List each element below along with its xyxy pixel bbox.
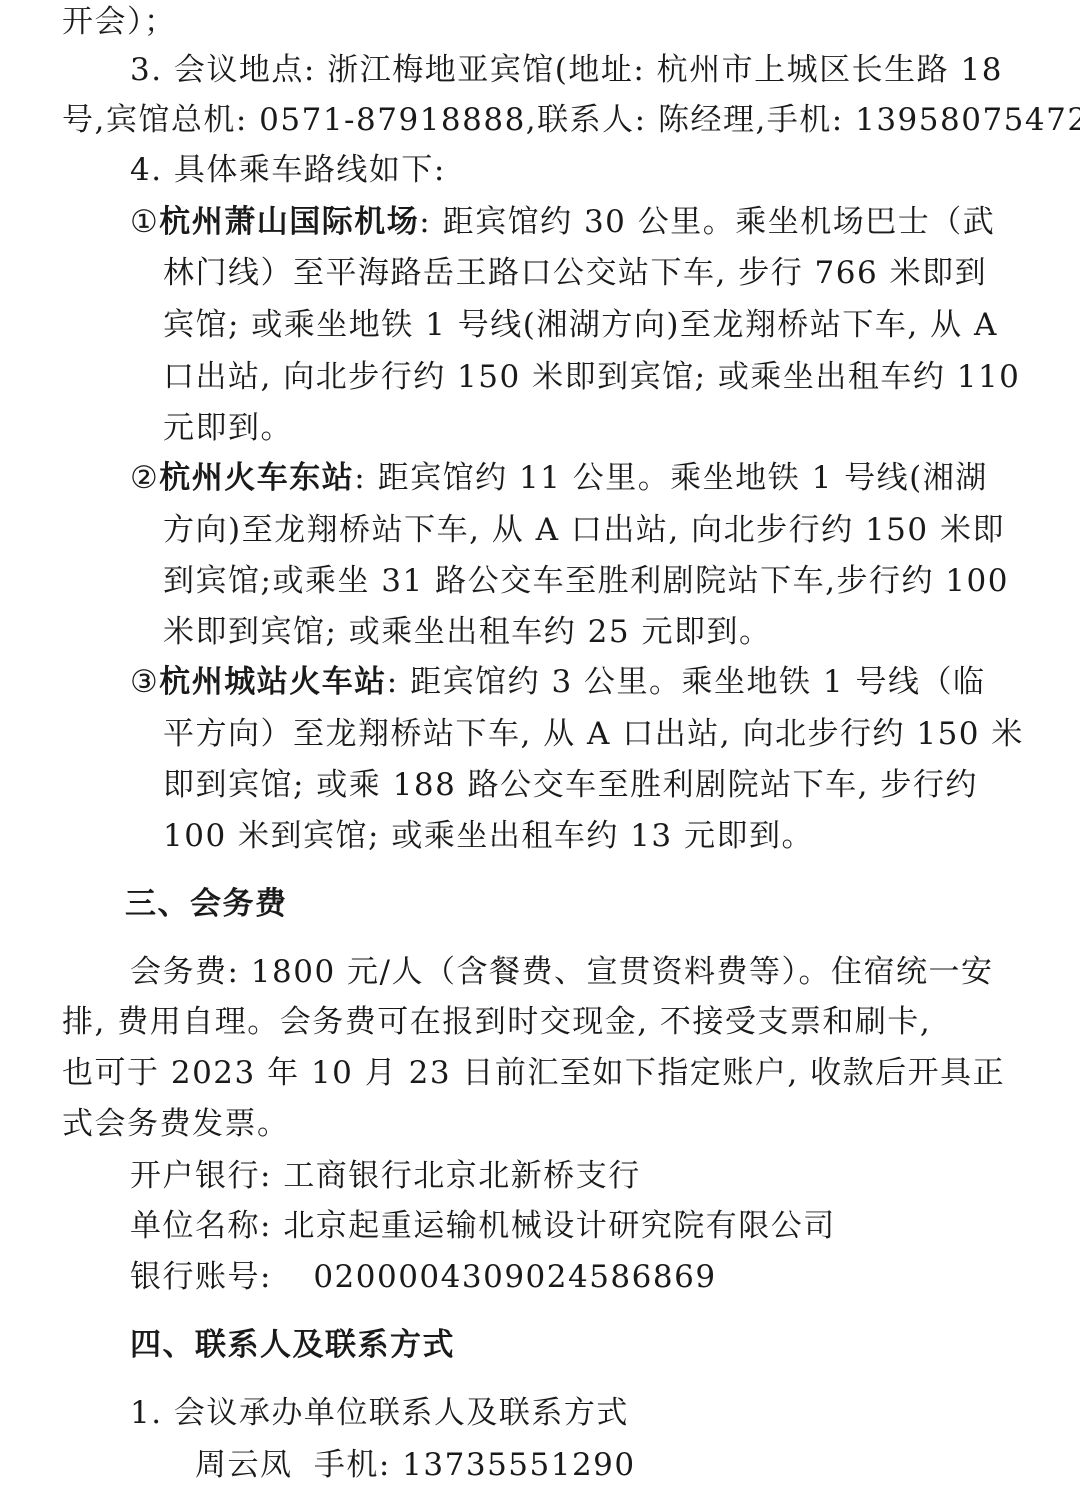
- bank-row: 开户银行: 工商银行北京北新桥支行: [130, 1156, 641, 1196]
- route-text: : 距宾馆约 30 公里。乘坐机场巴士（武: [419, 204, 995, 240]
- fee-para-line: 式会务费发票。: [62, 1104, 290, 1144]
- unit-label: 单位名称:: [130, 1208, 272, 1244]
- route-text: 米即到宾馆; 或乘坐出租车约 25 元即到。: [163, 612, 771, 652]
- contact-row: 周云凤 手机: 13735551290: [195, 1445, 636, 1485]
- route-name: 杭州火车东站: [159, 460, 354, 496]
- route-item: ②杭州火车东站: 距宾馆约 11 公里。乘坐地铁 1 号线(湘湖: [130, 458, 988, 498]
- route-name: 杭州城站火车站: [159, 664, 387, 700]
- fee-para-line: 会务费: 1800 元/人（含餐费、宣贯资料费等）。住宿统一安: [130, 952, 994, 992]
- route-text: 到宾馆;或乘坐 31 路公交车至胜利剧院站下车,步行约 100: [163, 561, 1009, 601]
- route-text: 宾馆; 或乘坐地铁 1 号线(湘湖方向)至龙翔桥站下车, 从 A: [163, 305, 998, 345]
- route-name: 杭州萧山国际机场: [159, 204, 419, 240]
- contact-phone-label: 手机:: [314, 1447, 391, 1483]
- route-marker: ③: [130, 664, 159, 700]
- route-text: : 距宾馆约 11 公里。乘坐地铁 1 号线(湘湖: [354, 460, 987, 496]
- account-row: 银行账号: 0200004309024586869: [130, 1257, 717, 1297]
- route-text: 口出站, 向北步行约 150 米即到宾馆; 或乘坐出租车约 110: [163, 357, 1020, 397]
- fee-para-line: 排, 费用自理。会务费可在报到时交现金, 不接受支票和刷卡,: [62, 1002, 931, 1042]
- fee-para-line: 也可于 2023 年 10 月 23 日前汇至如下指定账户, 收款后开具正: [62, 1053, 1005, 1093]
- unit-value: 北京起重运输机械设计研究院有限公司: [283, 1208, 836, 1244]
- routes-title: 4. 具体乘车路线如下:: [130, 150, 446, 190]
- route-item: ③杭州城站火车站: 距宾馆约 3 公里。乘坐地铁 1 号线（临: [130, 662, 985, 702]
- route-text: 即到宾馆; 或乘 188 路公交车至胜利剧院站下车, 步行约: [163, 765, 978, 805]
- route-text: 平方向）至龙翔桥站下车, 从 A 口出站, 向北步行约 150 米: [163, 714, 1024, 754]
- intro-tail: 开会）；: [62, 2, 177, 42]
- unit-row: 单位名称: 北京起重运输机械设计研究院有限公司: [130, 1206, 836, 1246]
- account-value: 0200004309024586869: [313, 1259, 716, 1295]
- route-text: 林门线）至平海路岳王路口公交站下车, 步行 766 米即到: [163, 253, 987, 293]
- contact-subheading: 1. 会议承办单位联系人及联系方式: [130, 1393, 629, 1433]
- route-text: : 距宾馆约 3 公里。乘坐地铁 1 号线（临: [387, 664, 986, 700]
- contact-phone: 13735551290: [402, 1447, 635, 1483]
- account-label: 银行账号:: [130, 1259, 272, 1295]
- route-text: 元即到。: [163, 408, 293, 448]
- bank-value: 工商银行北京北新桥支行: [283, 1158, 641, 1194]
- route-item: ①杭州萧山国际机场: 距宾馆约 30 公里。乘坐机场巴士（武: [130, 202, 995, 242]
- route-marker: ②: [130, 460, 159, 496]
- route-text: 方向)至龙翔桥站下车, 从 A 口出站, 向北步行约 150 米即: [163, 510, 1005, 550]
- route-marker: ①: [130, 204, 159, 240]
- section-heading-fee: 三、会务费: [125, 884, 288, 924]
- section-heading-contacts: 四、联系人及联系方式: [130, 1325, 455, 1365]
- venue-line-2: 号,宾馆总机: 0571-87918888,联系人: 陈经理,手机: 13958…: [62, 100, 1080, 140]
- bank-label: 开户银行:: [130, 1158, 272, 1194]
- route-text: 100 米到宾馆; 或乘坐出租车约 13 元即到。: [163, 816, 814, 856]
- venue-line-1: 3. 会议地点: 浙江梅地亚宾馆(地址: 杭州市上城区长生路 18: [130, 50, 1003, 90]
- contact-name: 周云凤: [195, 1447, 293, 1483]
